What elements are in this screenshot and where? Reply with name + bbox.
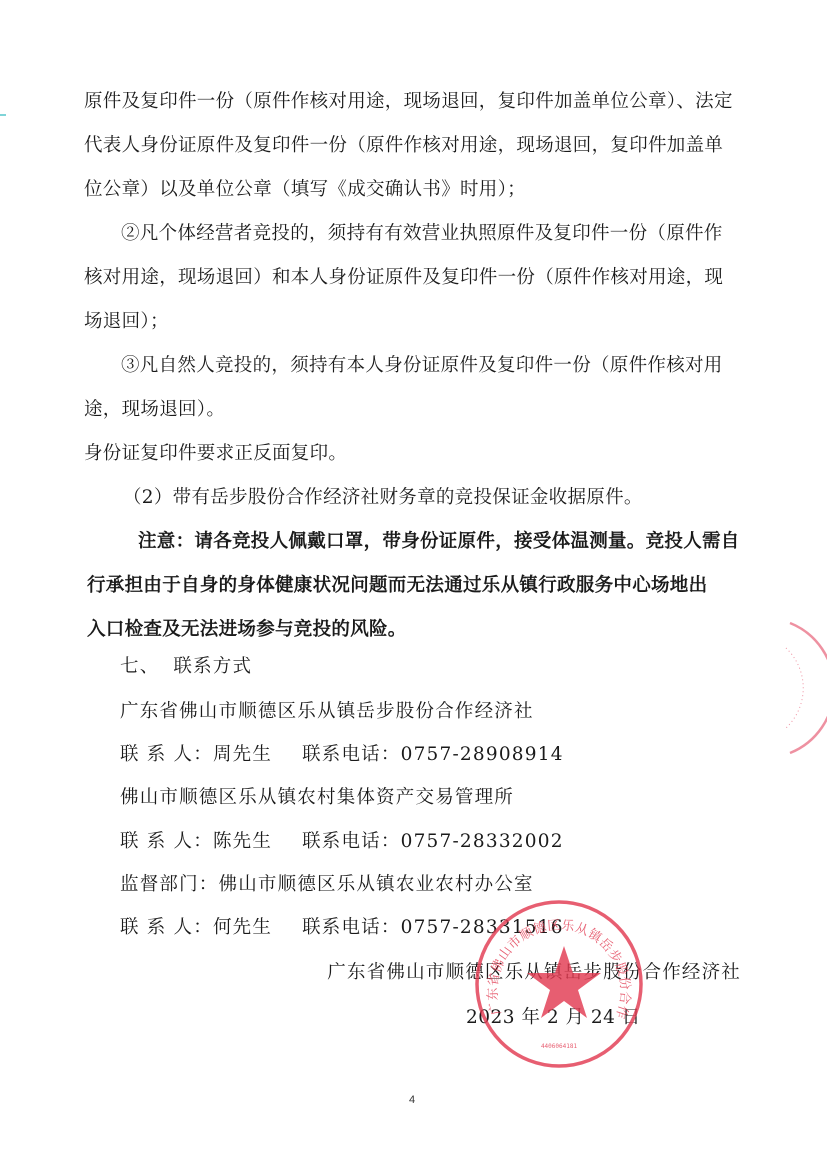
contact-org-2: 佛山市顺德区乐从镇农村集体资产交易管理所: [120, 786, 514, 810]
document-page: 原件及复印件一份（原件作核对用途，现场退回，复印件加盖单位公章）、法定 代表人身…: [0, 0, 827, 1169]
phone-number: 0757-28908914: [401, 744, 564, 765]
contact-label: 联 系 人：: [120, 744, 213, 765]
contact-label: 联 系 人：: [120, 831, 213, 852]
notice-line: 行承担由于自身的身体健康状况问题而无法通过乐从镇行政服务中心场地出: [87, 574, 707, 598]
paragraph-line: ③凡自然人竞投的，须持有本人身份证原件及复印件一份（原件作核对用: [121, 354, 723, 378]
paragraph-line: 场退回）；: [84, 310, 169, 334]
contact-row-1: 联 系 人：周先生联系电话：0757-28908914: [120, 743, 564, 767]
edge-seal-icon: [780, 618, 827, 758]
section-title: 联系方式: [173, 656, 252, 677]
phone-number: 0757-28332002: [401, 831, 564, 852]
paragraph-line: 代表人身份证原件及复印件一份（原件作核对用途，现场退回，复印件加盖单: [84, 134, 723, 158]
notice-line: 入口检查及无法进场参与竞投的风险。: [87, 618, 407, 642]
signature-date: 2023 年 2 月 24 日: [466, 1006, 641, 1030]
phone-number: 0757-28331516: [401, 917, 564, 938]
id-copy-note: 身份证复印件要求正反面复印。: [84, 442, 347, 466]
paragraph-line: 途，现场退回）。: [84, 398, 225, 422]
contact-label: 联 系 人：: [120, 917, 213, 938]
phone-label: 联系电话：: [302, 831, 401, 852]
section-heading: 七、联系方式: [120, 655, 252, 679]
contact-name: 何先生: [213, 917, 272, 938]
page-number: 4: [409, 1094, 415, 1106]
contact-row-3: 联 系 人：何先生联系电话：0757-28331516: [120, 916, 564, 940]
phone-label: 联系电话：: [302, 917, 401, 938]
svg-text:4406064181: 4406064181: [541, 1043, 578, 1050]
notice-line: 注意：请各竞投人佩戴口罩，带身份证原件，接受体温测量。竞投人需自: [138, 530, 740, 554]
item-2: （2）带有岳步股份合作经济社财务章的竞投保证金收据原件。: [123, 486, 643, 510]
phone-label: 联系电话：: [302, 744, 401, 765]
contact-row-2: 联 系 人：陈先生联系电话：0757-28332002: [120, 830, 564, 854]
contact-org-1: 广东省佛山市顺德区乐从镇岳步股份合作经济社: [120, 700, 534, 724]
supervisor-label: 监督部门：: [120, 874, 219, 895]
supervisor-name: 佛山市顺德区乐从镇农业农村办公室: [219, 874, 534, 895]
scan-edge-mark: [0, 114, 6, 116]
contact-name: 陈先生: [213, 831, 272, 852]
paragraph-line: 原件及复印件一份（原件作核对用途，现场退回，复印件加盖单位公章）、法定: [84, 90, 733, 114]
signature-organization: 广东省佛山市顺德区乐从镇岳步股份合作经济社: [327, 961, 741, 985]
section-number: 七、: [120, 656, 159, 677]
contact-name: 周先生: [213, 744, 272, 765]
paragraph-line: ②凡个体经营者竞投的，须持有有效营业执照原件及复印件一份（原件作: [121, 222, 723, 246]
supervisor-row: 监督部门：佛山市顺德区乐从镇农业农村办公室: [120, 873, 534, 897]
paragraph-line: 位公章）以及单位公章（填写《成交确认书》时用）；: [84, 178, 526, 202]
paragraph-line: 核对用途，现场退回）和本人身份证原件及复印件一份（原件作核对用途，现: [84, 266, 723, 290]
